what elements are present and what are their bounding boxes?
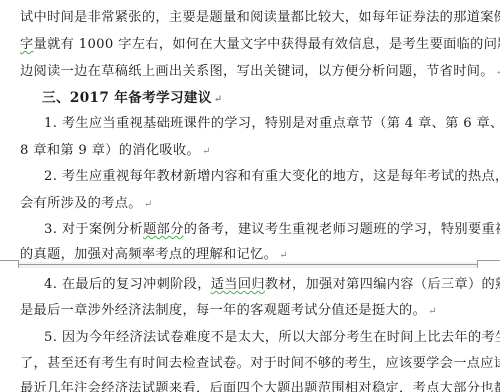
paragraph-mark-icon: ↵ (144, 199, 153, 210)
paragraph-mark-icon: ↵ (496, 67, 500, 78)
text-line: 试中时间是非常紧张的，主要是题量和阅读量都比较大，如每年证券法的那道案例分析题文 (20, 9, 500, 27)
list-item-1-line-2: 8 章和第 9 章）的消化吸收。↵ (20, 142, 211, 161)
section-heading: 三、2017 年备考学习建议↵ (42, 89, 223, 109)
paragraph-mark-icon: ↵ (202, 146, 211, 157)
paragraph-mark-icon: ↵ (279, 250, 288, 261)
list-item-5-line-3: 最近几年注会经济法试题来看，后面四个大题出题范围相对稳定，考点大部分也都比较熟悉… (20, 380, 500, 392)
text-line: 边阅读一边在草稿纸上画出关系图，写出关键词，以方便分析问题，节省时间。↵ (20, 63, 500, 82)
page-break-line (0, 264, 500, 265)
list-item-3-line-1: 3. 对于案例分析题部分的备考，建议考生重视老师习题班的学习，特别要重视最近几年 (44, 221, 500, 239)
list-item-5-line-2: 了，甚至还有考生有时间去检查试卷。对于时间不够的考生，应该要学会一点应试技巧，从 (20, 355, 500, 373)
list-item-2-line-2: 会有所涉及的考点。↵ (20, 195, 153, 214)
grammar-flag[interactable]: 字 (20, 37, 34, 52)
list-item-4-line-2: 是最后一章涉外经济法制度，每一年的客观题考试分值还是挺大的。↵ (20, 302, 437, 321)
paragraph-mark-icon: ↵ (214, 94, 223, 105)
paragraph-mark-icon: ↵ (428, 306, 437, 317)
list-item-2-line-1: 2. 考生应重视每年教材新增内容和有重大变化的地方，这是每年考试的热点，也是必然 (44, 168, 500, 186)
document-page-1[interactable]: 试中时间是非常紧张的，主要是题量和阅读量都比较大，如每年证券法的那道案例分析题文… (0, 0, 500, 262)
list-item-4-line-1: 4. 在最后的复习冲刺阶段，适当回归教材，加强对第四编内容（后三章）的熟悉，特别 (44, 276, 500, 294)
list-item-1-line-1: 1. 考生应当重视基础班课件的学习，特别是对重点章节（第 4 章、第 6 章、第… (44, 115, 500, 133)
grammar-flag[interactable]: 题部分 (143, 222, 184, 237)
document-page-2[interactable]: 4. 在最后的复习冲刺阶段，适当回归教材，加强对第四编内容（后三章）的熟悉，特别… (0, 268, 500, 392)
text-line: 字量就有 1000 字左右，如何在大量文字中获得最有效信息，是考生要面临的问题，… (20, 36, 500, 54)
grammar-flag[interactable]: 适当回归 (211, 277, 265, 292)
list-item-5-line-1: 5. 因为今年经济法试卷难度不是太大，所以大部分考生在时间上比去年的考生感觉好多 (44, 329, 500, 347)
